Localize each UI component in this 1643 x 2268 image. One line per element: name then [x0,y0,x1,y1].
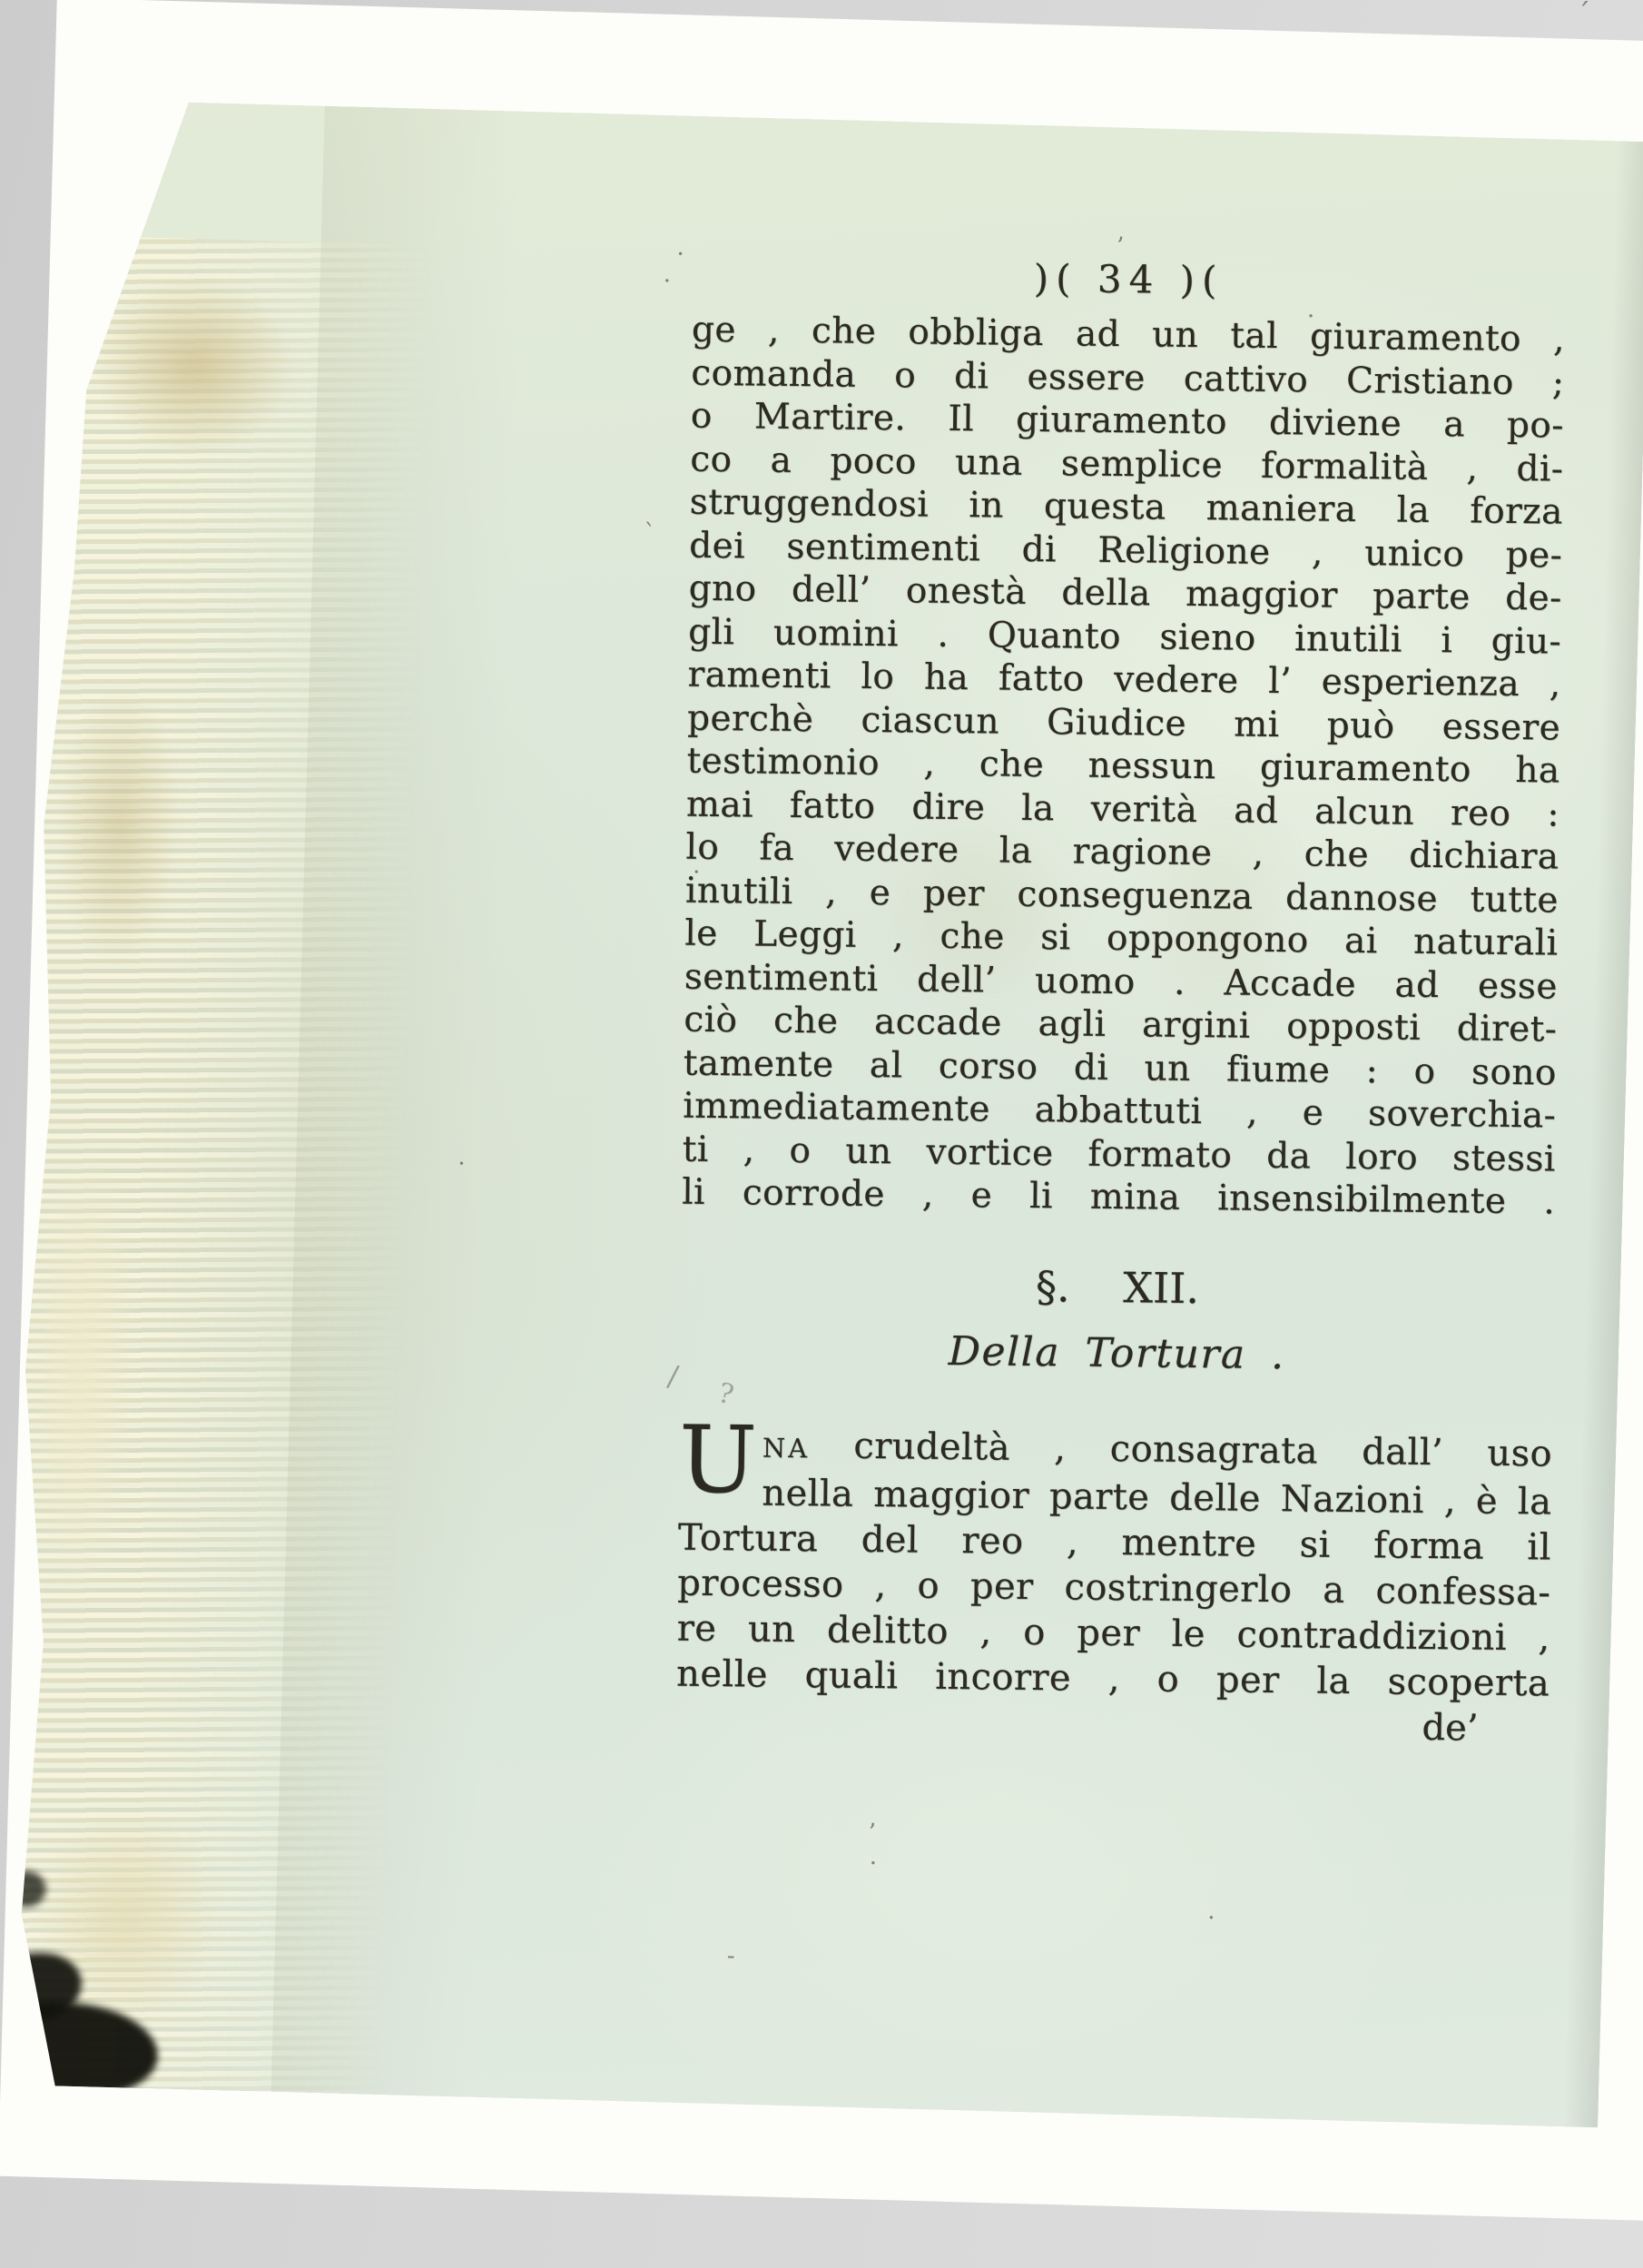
scan-viewport: )( 34 )( ge , che obbliga ad un tal giur… [0,0,1643,2268]
ink-speck: - [726,1944,734,1967]
text-line: nelle quali incorre , o per la scoperta [676,1652,1550,1707]
text-line-rest: crudeltà , consagrata dall’ uso [810,1425,1552,1474]
page-number-header: )( 34 )( [692,252,1565,307]
ink-speck: · [1207,1907,1215,1930]
ink-speck: · [457,1152,466,1176]
paragraph-tortura: U NA crudeltà , consagrata dall’ uso nel… [676,1422,1552,1707]
ink-speck: · [693,861,701,884]
catchword: de’ [675,1699,1549,1750]
ink-speck: ’ [1117,234,1125,258]
ink-speck: ’ [868,1821,876,1845]
text-line: li corrode , e li mina insensibilmente . [682,1171,1555,1224]
page-content: )( 34 )( ge , che obbliga ad un tal giur… [672,116,1568,2113]
smallcaps-letters: NA [762,1433,810,1464]
ink-speck: . [1307,298,1315,321]
ink-speck: · [663,270,671,293]
pen-mark: / [666,1361,681,1391]
dropcap-letter: U [678,1422,762,1506]
paragraph-oaths: ge , che obbliga ad un tal giuramento , … [682,309,1565,1224]
ink-speck: · [676,242,684,266]
photo-edge-mark: ´ [1577,0,1590,30]
book-page: )( 34 )( ge , che obbliga ad un tal giur… [0,99,1643,2128]
section-number: §. XII. [681,1258,1555,1317]
section-title: Della Tortura . [680,1326,1554,1382]
ink-speck: ` [644,521,656,545]
ink-speck: · [869,1852,877,1876]
